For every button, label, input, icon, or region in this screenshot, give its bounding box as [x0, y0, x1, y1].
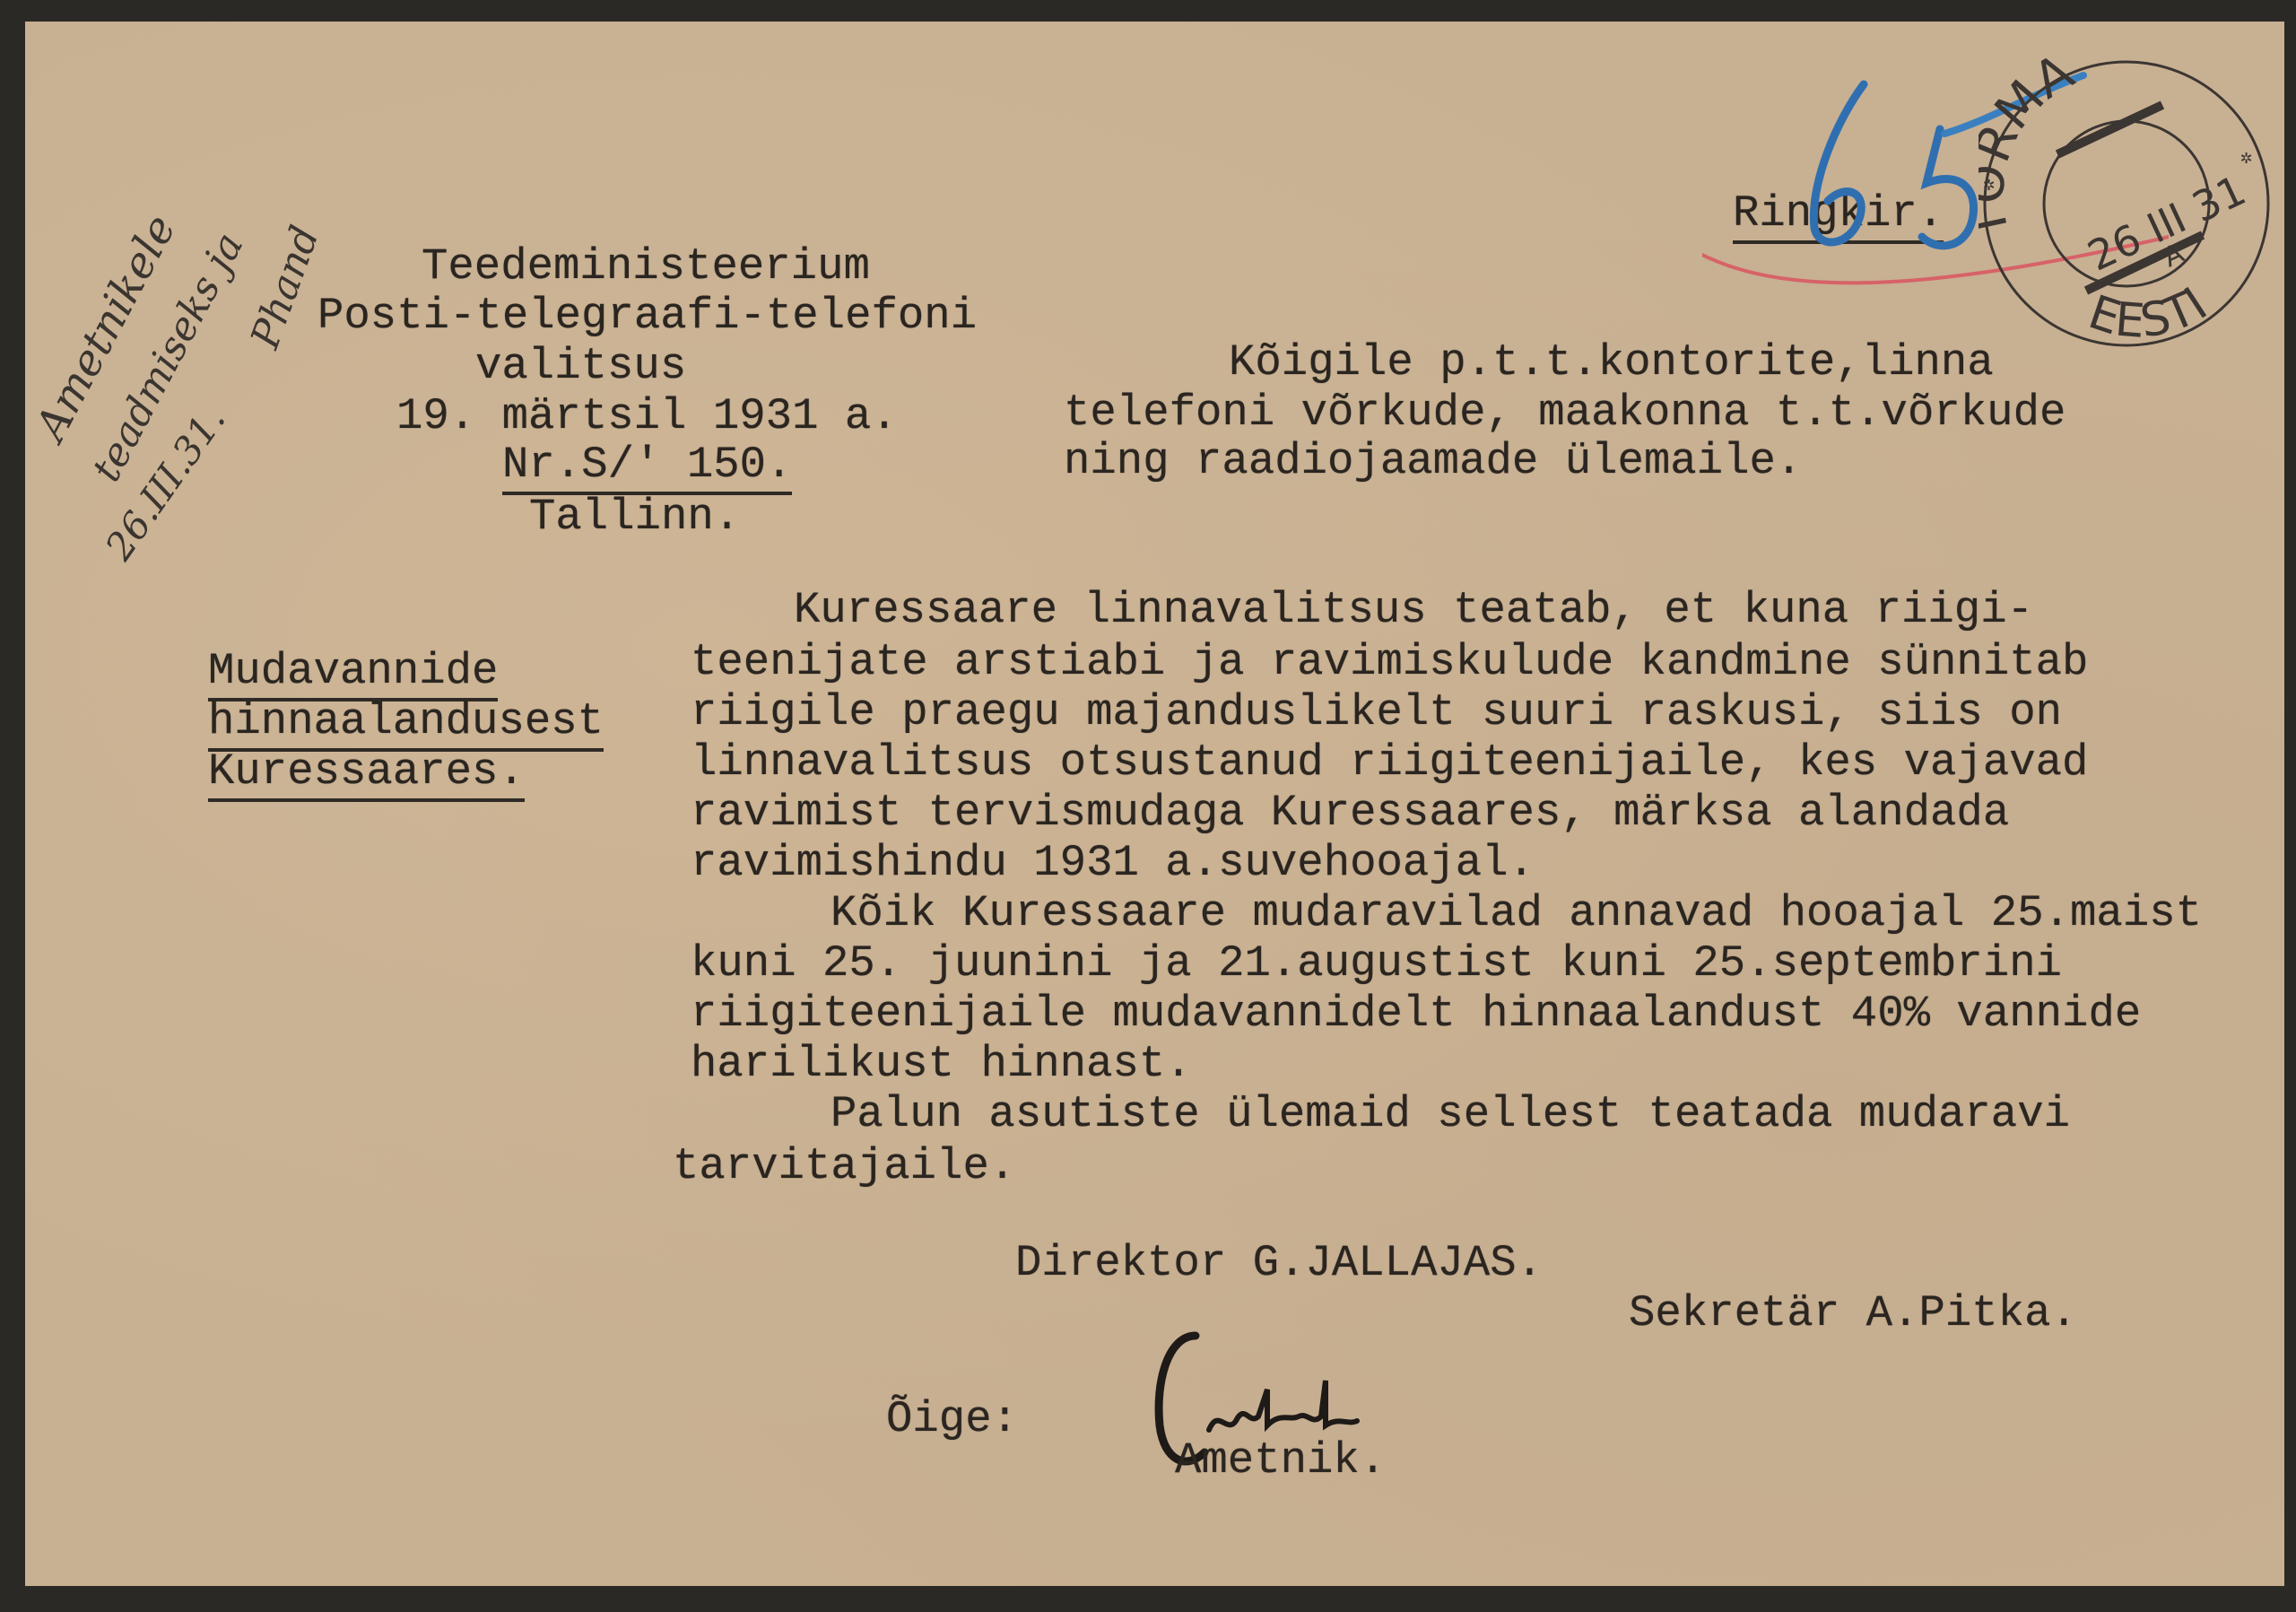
body-line: Kuressaare linnavalitsus teatab, et kuna…: [794, 585, 2033, 635]
department-name-2: valitsus: [475, 341, 686, 391]
svg-text:✲: ✲: [2240, 147, 2252, 170]
ministry-name: Teedeministeerium: [422, 241, 870, 292]
body-line: ravimist tervismudaga Kuressaares, märks…: [691, 788, 2009, 838]
addressee-line-2: telefoni võrkude, maakonna t.t.võrkude: [1064, 388, 2066, 438]
addressee-line-1: Kõigile p.t.t.kontorite,linna: [1229, 337, 1994, 388]
correct-label: Õige:: [886, 1394, 1018, 1444]
official-label: Ametnik.: [1175, 1435, 1386, 1486]
body-line: ravimishindu 1931 a.suvehooajal.: [691, 838, 1535, 888]
svg-text:✲: ✲: [1983, 174, 1995, 196]
svg-text:EESTI: EESTI: [2083, 277, 2217, 348]
body-line: tarvitajaile.: [673, 1141, 1015, 1191]
body-line: linnavalitsus otsustanud riigiteenijaile…: [691, 737, 2088, 788]
handwritten-line-3: Phand: [242, 220, 328, 354]
body-line: teenijate arstiabi ja ravimiskulude kand…: [691, 637, 2088, 687]
document-page: Ametnikele teadmiseks ja Phand 26.III.31…: [25, 22, 2284, 1586]
subject-line-3: Kuressaares.: [208, 746, 525, 802]
body-line: riigile praegu majanduslikelt suuri rask…: [691, 687, 2062, 737]
subject-line-2: hinnaalandusest: [208, 696, 604, 752]
postmark-stamp: TORMA EESTI 26 III 31 A ✲ ✲: [1979, 56, 2274, 352]
department-name: Posti-telegraafi-telefoni: [317, 291, 977, 341]
body-line: kuni 25. juunini ja 21.augustist kuni 25…: [691, 938, 2062, 989]
body-line: riigiteenijaile mudavannidelt hinnaaland…: [691, 989, 2141, 1039]
letter-number: Nr.S/' 150.: [502, 440, 792, 495]
letter-place: Tallinn.: [529, 492, 740, 542]
subject-line-1: Mudavannide: [208, 646, 498, 701]
body-line: Palun asutiste ülemaid sellest teatada m…: [831, 1089, 2070, 1139]
postmark-bottom-text: EESTI: [2083, 277, 2217, 348]
addressee-line-3: ning raadiojaamade ülemaile.: [1064, 436, 1802, 486]
secretary-signature: Sekretär A.Pitka.: [1629, 1288, 2077, 1338]
director-signature: Direktor G.JALLAJAS.: [1015, 1238, 1543, 1288]
body-line: Kõik Kuressaare mudaravilad annavad hooa…: [831, 888, 2202, 938]
body-line: harilikust hinnast.: [691, 1039, 1192, 1089]
letter-date: 19. märtsil 1931 a.: [396, 391, 898, 441]
